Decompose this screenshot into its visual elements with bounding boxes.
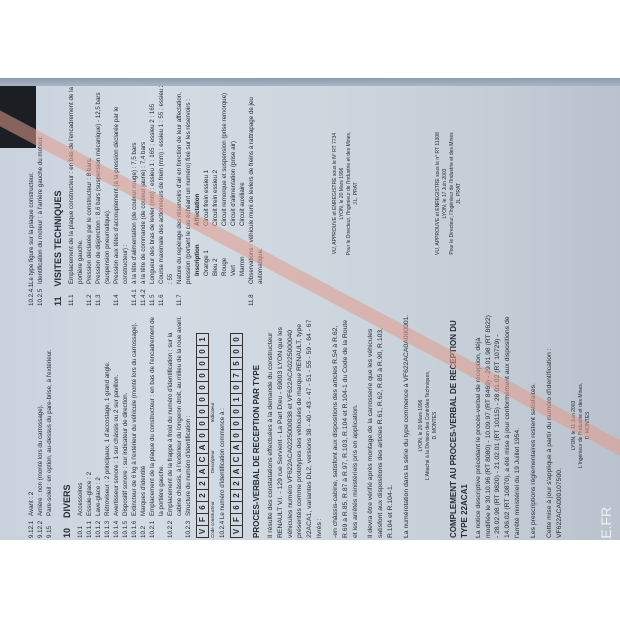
vin-char-box: 0: [230, 381, 243, 394]
vin-char-box: A: [230, 441, 243, 454]
list-item: 11.7Nature du repérage des réservoirs d'…: [176, 81, 194, 306]
list-item: 9.15Pare-soleil : en option, au-dessus d…: [46, 313, 55, 538]
signature-line: LYON, le 20 Mars 1996: [339, 81, 346, 306]
vin-legend-label: Indicateur: [210, 402, 217, 422]
list-item: 11.3Pression de disjonction : 8,6 bars (…: [95, 81, 113, 306]
list-item: 10.1Accessoires: [77, 313, 86, 538]
vin-start-boxes: VF622ACA000107500: [230, 313, 243, 538]
vin-legend-label: Code constructeur: [210, 501, 217, 538]
list-item: 10.2.1Emplacement de la plaque du constr…: [149, 313, 167, 538]
complement-paragraph: Les prescriptions réglementaires restent…: [529, 313, 539, 538]
vin-char-box: 0: [230, 405, 243, 418]
document-page: 9.12.1Avant : 29.12.2Arrière : non (mont…: [20, 78, 600, 540]
left-column: 9.12.1Avant : 29.12.2Arrière : non (mont…: [28, 313, 600, 538]
list-item: 10.1.3Rétroviseur : 2 principaux, 1 d'ac…: [104, 313, 113, 538]
document-photo: 9.12.1Avant : 29.12.2Arrière : non (mont…: [0, 78, 620, 540]
vin-char-box: 6: [196, 501, 209, 514]
vin-char-box: V: [230, 525, 243, 538]
complement-title: COMPLEMENT AU PROCES-VERBAL DE RECEPTION…: [448, 313, 471, 538]
inscription-row: Bleu 2Circuit frein essieu 2: [212, 81, 221, 276]
proces-verbal-paragraph: -en châssis-cabine, satisfont aux dispos…: [331, 313, 361, 538]
inscription-row: Orange 1Circuit frein essieu 1: [203, 81, 212, 276]
vin-char-box: 2: [196, 489, 209, 502]
vin-char-box: A: [196, 441, 209, 454]
vin-char-box: 0: [230, 333, 243, 346]
vin-char-box: F: [196, 513, 209, 526]
list-item: 10.1.5Dispositif sonore : sur indicateur…: [122, 313, 131, 538]
vin-char-box: 0: [196, 345, 209, 358]
approval-stamp: VU, APPROUVE et ENREGISTRE sous le N° RT…: [332, 81, 361, 306]
list-item: 10.2.5Identification du moteur : à l'arr…: [37, 81, 46, 306]
vin-char-box: 0: [230, 429, 243, 442]
inscription-header: InscriptionAffectation: [194, 81, 203, 276]
list-item: 10.2Marques d'identité: [140, 313, 149, 538]
vin-char-box: 2: [230, 477, 243, 490]
section-10-items: 10.1Accessoires10.1.1Essuie-glace : 210.…: [77, 313, 194, 538]
vin-char-box: 6: [230, 501, 243, 514]
item-11-8: 11.8Observations : véhicule muni de levi…: [248, 81, 266, 306]
pre-items-right: 10.2.4.1Le type figure sur la plaque con…: [28, 81, 46, 306]
list-item: 10.2.2Emplacement de la frappe à froid d…: [167, 313, 185, 538]
vin-char-box: 0: [196, 417, 209, 430]
watermark: AGORASTORE.FR: [598, 458, 618, 540]
list-item: 10.1.4Avertisseur sonore : 1 sur châssis…: [113, 313, 122, 538]
vin-char-box: C: [196, 453, 209, 466]
inscription-table: InscriptionAffectationOrange 1Circuit fr…: [194, 81, 248, 306]
signature-line: Pour le Directeur, l'Ingénieur de l'Indu…: [449, 81, 456, 306]
vin-char-box: C: [230, 453, 243, 466]
list-item: 11.2Pression déclarée par le constructeu…: [86, 81, 95, 306]
list-item: 10.1.2Lave-glace : 2: [95, 313, 104, 538]
vin-char-box: 1: [196, 333, 209, 346]
complement-paragraph: Cette mise à jour s'applique à partir du…: [545, 313, 565, 538]
vin-char-box: 1: [230, 393, 243, 406]
section-10-heading: 10DIVERS: [61, 313, 74, 538]
vin-char-box: A: [196, 465, 209, 478]
signature-line: J.L. PRAT: [353, 81, 360, 306]
proces-verbal-paragraph: La numérotation dans la série du type co…: [402, 313, 412, 538]
vin-char-box: 7: [230, 369, 243, 382]
signature-line: LYON, le 17 Juin 2003: [442, 81, 449, 306]
approval-stamp: VU, APPROUVE et ENREGISTRE sous le n° RT…: [435, 81, 464, 306]
vin-char-box: 2: [230, 489, 243, 502]
section-11-heading: 11VISITES TECHNIQUES: [52, 81, 65, 306]
list-item: 9.12.2Arrière : non (monté lors du carro…: [37, 313, 46, 538]
vin-char-box: 0: [230, 345, 243, 358]
vin-char-box: 0: [196, 381, 209, 394]
signature-line: JL. PRAT: [456, 81, 463, 306]
proces-verbal-paragraph: Il résulte des constatations effectuées …: [266, 313, 325, 538]
signature-line: VU, APPROUVE et ENREGISTRE sous le n° RT…: [435, 81, 442, 306]
vin-char-box: 0: [196, 393, 209, 406]
signature-line: Pour le Directeur, l'Ingénieur de l'Indu…: [346, 81, 353, 306]
complement-paragraph: La notice descriptive précédant le procè…: [474, 313, 523, 538]
vin-legend-label: Descripteur: [210, 450, 217, 473]
proces-verbal-title: PROCES-VERBAL DE RECEPTION PAR TYPE: [251, 313, 263, 538]
list-item: 11.6Course maximale des actionneurs de f…: [158, 81, 176, 306]
vin-structure-boxes: VF622ACA000000001: [196, 313, 209, 538]
proces-verbal-paragraph: Il devra être vérifié après montage de l…: [366, 313, 396, 538]
pre-items-left: 9.12.1Avant : 29.12.2Arrière : non (mont…: [28, 313, 55, 538]
right-column: 10.2.4.1Le type figure sur la plaque con…: [28, 81, 472, 306]
vin-char-box: 0: [230, 417, 243, 430]
vin-char-box: 0: [196, 405, 209, 418]
vin-char-box: A: [230, 465, 243, 478]
vin-char-box: 2: [196, 477, 209, 490]
vin-char-box: F: [230, 513, 243, 526]
list-item: 10.2.3Structure du numéro d'identificati…: [185, 313, 194, 538]
list-item: 9.12.1Avant : 2: [28, 313, 37, 538]
vin-start-label: 10.2.4 Le numéro d'identification commen…: [219, 313, 228, 538]
vin-legend: Code constructeurDescripteurIndicateur: [210, 313, 217, 538]
vin-char-box: 5: [230, 357, 243, 370]
vin-char-box: 0: [196, 357, 209, 370]
list-item: 10.1.1Essuie-glace : 2: [86, 313, 95, 538]
list-item: 11.1Emplacement de la plaque constructeu…: [68, 81, 86, 306]
list-item: 10.2.4.1Le type figure sur la plaque con…: [28, 81, 37, 306]
signature-line: VU, APPROUVE et ENREGISTRE sous le N° RT…: [332, 81, 339, 306]
list-item: 10.1.6Extincteur de 6 kg à l'extérieur d…: [131, 313, 140, 538]
vin-char-box: 0: [196, 429, 209, 442]
vin-char-box: V: [196, 525, 209, 538]
vin-char-box: 0: [196, 369, 209, 382]
